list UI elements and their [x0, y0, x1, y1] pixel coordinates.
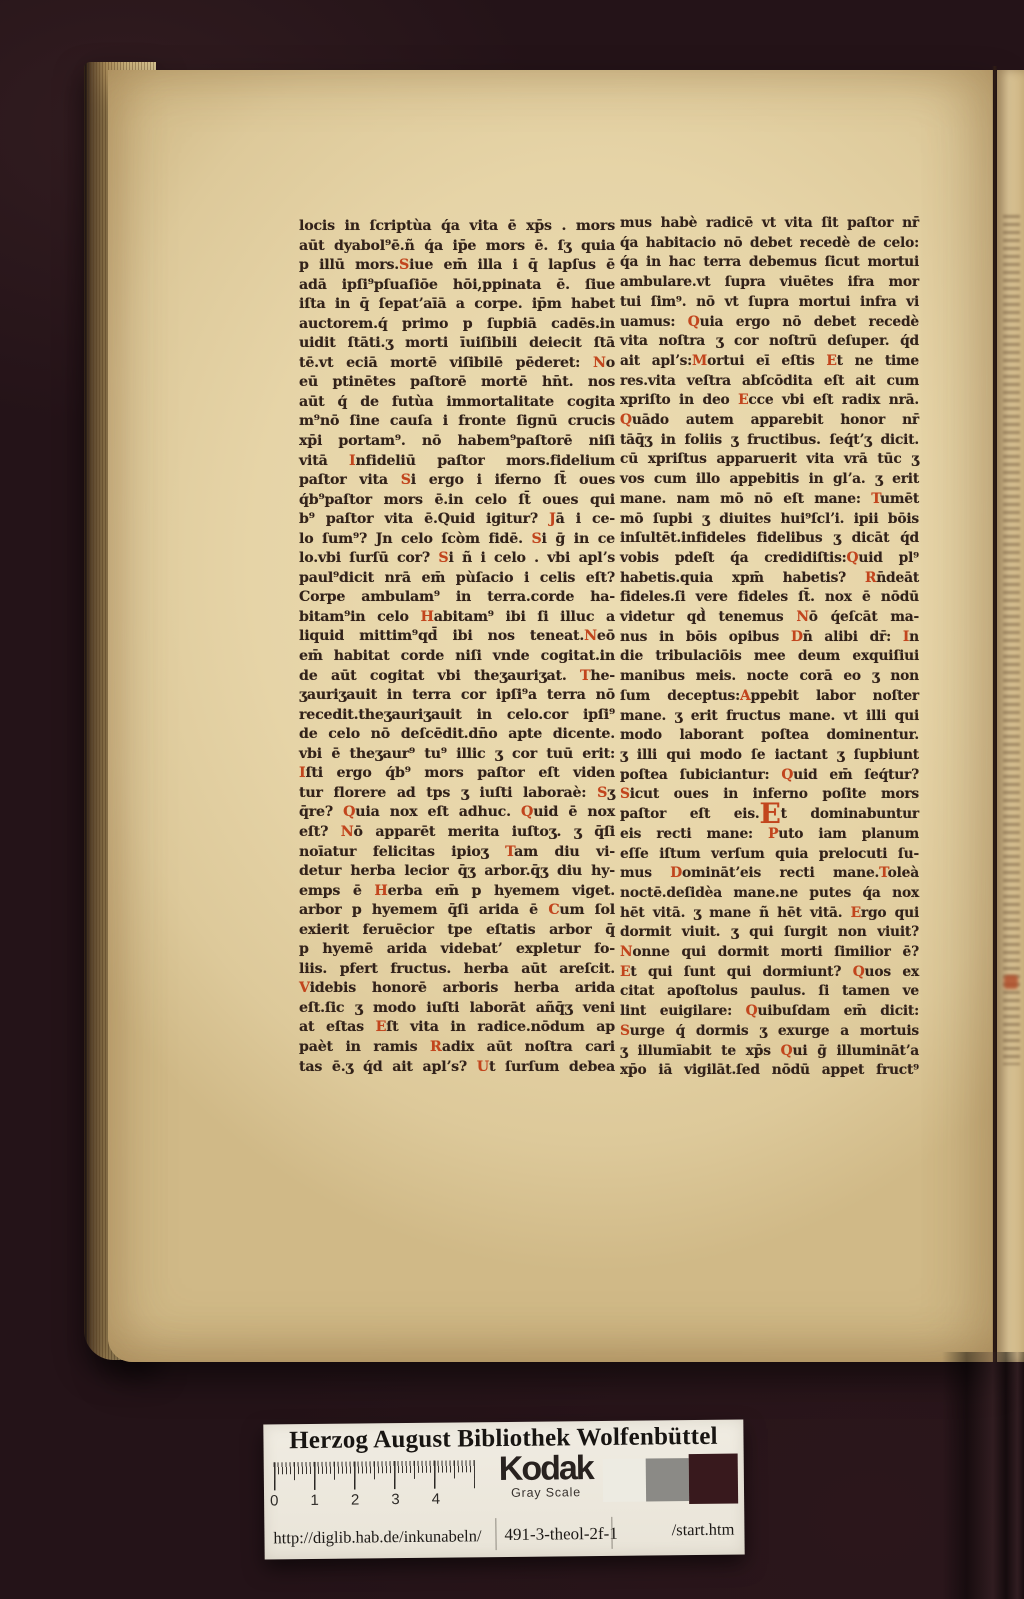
text-line: xp̄o iā vigilāt.ſed nōdū appet fruct⁹: [620, 1061, 919, 1081]
text-line: de aūt cogitat vbi theʒauriʒat. The-: [299, 667, 615, 687]
text-line: vos cum illo appebitis in glʼa. ʒ erit: [620, 470, 919, 490]
text-line: Quādo autem apparebit honor nr̄: [620, 411, 919, 431]
text-line: em̄ habitat corde niſi vnde cogitat.in: [299, 647, 615, 667]
text-line: poſtea ſubiciantur: Quid em̄ ſeq́tur?: [620, 766, 919, 786]
text-line: hēt vitā. ʒ mane ñ hēt vitā. Ergo qui: [620, 904, 919, 924]
text-line: iſta in q̄ ſepatʼaīā a corpe. ip̄m habet: [299, 295, 615, 315]
gray-patch-mid: [646, 1458, 689, 1501]
text-line: dormit viuit. ʒ qui ſurgit non viuit?: [620, 923, 919, 943]
right-column: mus habè radicē vt vita ſit paſtor nr̄q́…: [620, 214, 919, 1081]
text-line: liis. pfert fructus. herba aūt areſcit.: [299, 960, 615, 980]
text-line: eſſe iſtum verſum quia prelocuti ſu-: [620, 845, 919, 865]
text-line: bitam⁹in celo Habitam⁹ ibi ſi illuc a: [299, 608, 615, 628]
text-line: paul⁹dicit nrā em̄ pùſacio i celis eſt?: [299, 569, 615, 589]
ruler-number: 4: [432, 1491, 441, 1508]
text-line: mō ſupbi ʒ diuites hui⁹ſclʼi. ipii bōis: [620, 510, 919, 530]
facing-page-text-showthrough: [1003, 215, 1020, 1065]
text-line: exierit feruēcior tpe eſtatis arbor q̄: [299, 921, 615, 941]
text-line: recedit.theʒauriʒauit in celo.cor ipſi⁹: [299, 706, 615, 726]
caption-url: http://diglib.hab.de/inkunabeln/: [273, 1526, 481, 1548]
text-line: lo.vbi ſurſū cor? Si ñ i celo . vbi aplʼ…: [299, 549, 615, 569]
text-line: manibus meis. nocte corā eo ʒ non: [620, 667, 919, 687]
text-line: paſtor eſt eis.Et dominabuntur: [620, 805, 919, 825]
text-line: eū ptinētes paſtorē mortē hn̄t. nos: [299, 373, 615, 393]
text-line: q́a habitacio nō debet recedè de celo:: [620, 234, 919, 254]
text-line: Et qui ſunt qui dormiunt? Quos ex: [620, 963, 919, 983]
text-line: tui ſim⁹. nō vt ſupra mortui infra vi: [620, 293, 919, 313]
text-line: auctorem.q́ primo p ſupbiā cadēs.in: [299, 315, 615, 335]
text-line: ſum deceptus:Appebit labor noſter: [620, 687, 919, 707]
text-line: aūt q́ de futùa immortalitate cogita: [299, 393, 615, 413]
text-line: uamus: Quia ergo nō debet recedè: [620, 313, 919, 333]
text-line: vobis pdeſt q́a credidiſtis:Quid pl⁹: [620, 549, 919, 569]
text-line: detur herba lecior q̄ʒ arbor.q̄ʒ diu hy-: [299, 862, 615, 882]
kodak-wordmark: Kodak: [488, 1451, 604, 1486]
text-line: uidit ſtāti.ʒ morti īuiſibili deiecit ſt…: [299, 334, 615, 354]
caption-row: http://diglib.hab.de/inkunabeln/ 491-3-t…: [264, 1515, 744, 1558]
text-line: ambulare.vt ſupra viuētes ifra mor: [620, 273, 919, 293]
facing-page-rubric-mark: [1004, 975, 1018, 989]
text-line: vbi ē theʒaur⁹ tu⁹ illic ʒ cor tuū erit:: [299, 745, 615, 765]
kodak-logo-block: Kodak Gray Scale: [488, 1451, 604, 1500]
ruler-numbers: 01234: [270, 1491, 440, 1510]
left-column: locis in ſcriptùa q́a vita ē xp̄s . mors…: [299, 217, 615, 1077]
text-line: at eſtas Eſt vita in radice.nōdum ap: [299, 1018, 615, 1038]
caption-shelfmark: 491-3-theol-2f-1: [504, 1524, 618, 1545]
text-line: mus habè radicē vt vita ſit paſtor nr̄: [620, 214, 919, 234]
text-line: noīatur felicitas ipioʒ Tam diu vi-: [299, 843, 615, 863]
text-line: noctē.deſidèa mane.ne putes q́a nox: [620, 884, 919, 904]
text-line: b⁹ paſtor vita ē.Quid igitur? Jā i ce-: [299, 510, 615, 530]
text-line: ʒauriʒauit in terra cor ipſi⁹a terra nō: [299, 686, 615, 706]
text-line: q̄re? Quia nox eſt adhuc. Quid ē nox: [299, 803, 615, 823]
text-line: q́b⁹paſtor mors ē.in celo ſt̄ oues qui: [299, 491, 615, 511]
text-line: vitā Infideliū paſtor mors.fidelium: [299, 452, 615, 472]
text-line: tur florere ad tps ʒ iuſti laboraè: Sʒ: [299, 784, 615, 804]
text-line: fideles.ſi vere fideles ſt̄. nox ē nōdū: [620, 588, 919, 608]
text-line: modo laborant poſtea dominentur.: [620, 726, 919, 746]
text-line: adā ipſi⁹pſuaſiōe hōi,ppinata ē. ſiue: [299, 276, 615, 296]
text-line: tāq̄ʒ in foliis ʒ fructibus. ſeq́tʼʒ dic…: [620, 431, 919, 451]
text-line: p illū mors.Siue em̄ illa i q̄ lapſus ē: [299, 256, 615, 276]
text-line: tas ē.ʒ q́d ait aplʼs? Ut ſurſum debea: [299, 1058, 615, 1078]
gray-patch-dark: [689, 1454, 739, 1505]
text-line: ʒ illi qui modo ſe iactant ʒ ſupbiunt: [620, 746, 919, 766]
text-line: mane. ʒ erit fructus mane. vt illi qui: [620, 707, 919, 727]
ruler-number: 0: [270, 1492, 279, 1509]
text-line: p hyemē arida videbatʼ expletur fo-: [299, 940, 615, 960]
text-line: ait aplʼs:Mortui eī eſtis Et ne time: [620, 352, 919, 372]
text-line: aūt dyabol⁹ē.ñ q́a ip̄e mors ē. ſʒ quia: [299, 237, 615, 257]
ruler-ticks: [274, 1460, 475, 1492]
text-line: m⁹nō ſine cauſa i fronte ſignū crucis: [299, 412, 615, 432]
text-line: Videbis honorē arboris herba arida: [299, 979, 615, 999]
text-line: Corpe ambulam⁹ in terra.corde ha-: [299, 588, 615, 608]
text-line: locis in ſcriptùa q́a vita ē xp̄s . mors: [299, 217, 615, 237]
text-line: emps ē Herba em̄ p hyemem viget.: [299, 882, 615, 902]
ruler: 01234: [274, 1460, 481, 1516]
text-line: eſt? Nō apparēt merita iuſtoʒ. ʒ q̄ſi: [299, 823, 615, 843]
ruler-number: 3: [391, 1491, 400, 1508]
text-line: nus in bōis opibus Dn̄ alibi dr̄: In: [620, 628, 919, 648]
text-line: mus Dominātʼeis recti mane.Toleà: [620, 864, 919, 884]
text-line: lint euigilare: Quibuſdam em̄ dicit:: [620, 1002, 919, 1022]
text-line: xpriſto in deo Ecce vbi eſt radix nrā.: [620, 391, 919, 411]
kodak-grayscale-card: Herzog August Bibliothek Wolfenbüttel 01…: [263, 1419, 744, 1559]
text-line: liquid mittim⁹qd̄ ibi nos teneat.Neō: [299, 627, 615, 647]
text-line: habetis.quia xpm̄ habetis? Rn̄deāt: [620, 569, 919, 589]
text-line: paſtor vita Si ergo i iferno ſt̄ oues: [299, 471, 615, 491]
ruler-number: 1: [310, 1492, 319, 1509]
text-line: paèt in ramis Radix aūt noſtra cari: [299, 1038, 615, 1058]
text-line: de celo nō deſcēdit.dn̄o apte dicente.: [299, 725, 615, 745]
text-line: Nonne qui dormit morti ſimilior ē?: [620, 943, 919, 963]
text-line: tē.vt eciā mortē viſibilē pēderet: No: [299, 354, 615, 374]
text-line: eis recti mane: Puto iam planum: [620, 825, 919, 845]
text-line: cū xpriſtus apparuerit vita vrā tūc ʒ: [620, 450, 919, 470]
text-line: inſultēt.infideles fidelibus ʒ dicāt q́d: [620, 529, 919, 549]
cradle-edge-shadow: [942, 1352, 1024, 1599]
caption-start-page: /start.htm: [672, 1520, 735, 1541]
text-line: Surge q́ dormis ʒ exurge a mortuis: [620, 1022, 919, 1042]
caption-divider: [495, 1518, 496, 1550]
text-line: lo ſum⁹? Jn celo ſcòm fidē. Si ḡ in ce: [299, 530, 615, 550]
text-line: xp̄i portam⁹. nō habem⁹paſtorē niſi: [299, 432, 615, 452]
text-line: Iſti ergo q́b⁹ mors paſtor eſt viden: [299, 764, 615, 784]
text-line: videtur qd̀ tenemus Nō q́eſcāt ma-: [620, 608, 919, 628]
text-line: res.vita veſtra abſcōdita eſt ait cum: [620, 372, 919, 392]
text-line: vita noſtra ʒ cor noſtrū deſuper. q́d: [620, 332, 919, 352]
gray-patch-light: [603, 1459, 646, 1502]
caption-divider: [611, 1517, 612, 1549]
text-line: arbor p hyemem q̄ſi arida ē Cum ſol: [299, 901, 615, 921]
text-line: ʒ illumīabit te xp̄s Qui ḡ illuminātʼa: [620, 1042, 919, 1062]
text-line: die tribulaciōis mee deum exquiſiui: [620, 647, 919, 667]
text-line: mane. nam mō nō eſt mane: Tumēt: [620, 490, 919, 510]
ruler-number: 2: [351, 1492, 360, 1509]
text-line: citat apoſtolus paulus. ſi tamen ve: [620, 982, 919, 1002]
text-line: eſt.ſic ʒ modo iuſti laborāt añq̄ʒ veni: [299, 999, 615, 1019]
text-line: q́a in hac terra debemus ſicut mortui: [620, 253, 919, 273]
